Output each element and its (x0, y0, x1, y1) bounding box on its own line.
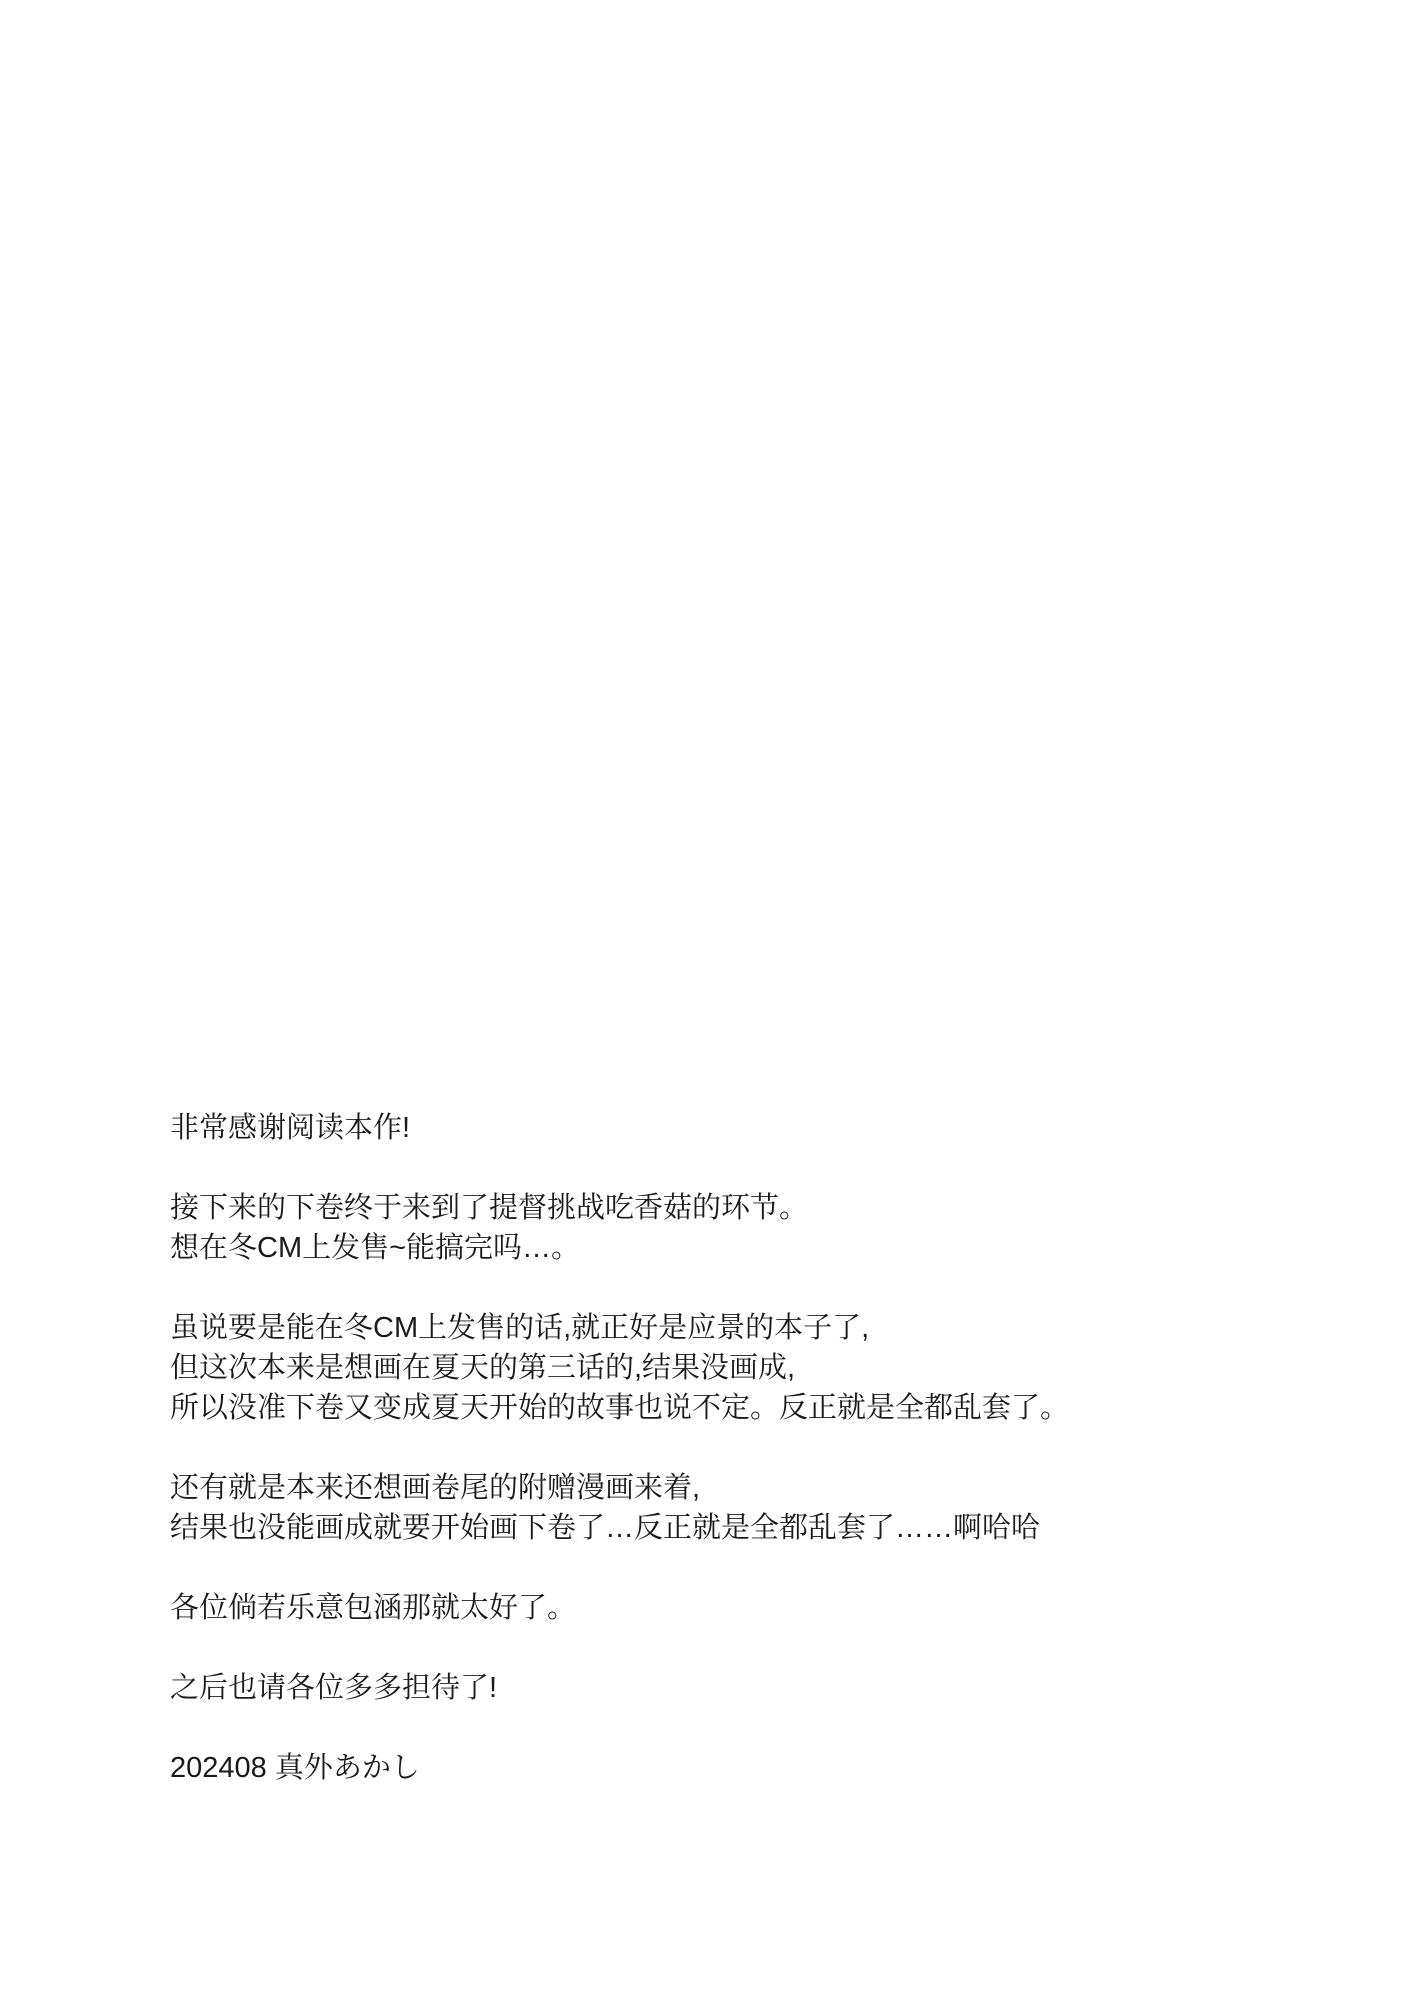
afterword-line: 虽说要是能在冬CM上发售的话,就正好是应景的本子了, (170, 1308, 1350, 1348)
paragraph-forgiveness: 各位倘若乐意包涵那就太好了。 (170, 1588, 1350, 1628)
afterword-line: 结果也没能画成就要开始画下卷了…反正就是全都乱套了……啊哈哈 (170, 1508, 1350, 1548)
paragraph-closing: 之后也请各位多多担待了! (170, 1668, 1350, 1708)
paragraph-winter-cm: 虽说要是能在冬CM上发售的话,就正好是应景的本子了, 但这次本来是想画在夏天的第… (170, 1308, 1350, 1428)
afterword-text-block: 非常感谢阅读本作! 接下来的下卷终于来到了提督挑战吃香菇的环节。 想在冬CM上发… (170, 1108, 1350, 1788)
afterword-line: 所以没准下卷又变成夏天开始的故事也说不定。反正就是全都乱套了。 (170, 1388, 1350, 1428)
afterword-line: 还有就是本来还想画卷尾的附赠漫画来着, (170, 1468, 1350, 1508)
afterword-line: 各位倘若乐意包涵那就太好了。 (170, 1588, 1350, 1628)
afterword-line: 想在冬CM上发售~能搞完吗…。 (170, 1228, 1350, 1268)
afterword-line: 之后也请各位多多担待了! (170, 1668, 1350, 1708)
afterword-line: 接下来的下卷终于来到了提督挑战吃香菇的环节。 (170, 1188, 1350, 1228)
paragraph-signature: 202408 真外あかし (170, 1748, 1350, 1788)
paragraph-bonus-manga: 还有就是本来还想画卷尾的附赠漫画来着, 结果也没能画成就要开始画下卷了…反正就是… (170, 1468, 1350, 1548)
afterword-line: 但这次本来是想画在夏天的第三话的,结果没画成, (170, 1348, 1350, 1388)
signature-line: 202408 真外あかし (170, 1748, 1350, 1788)
afterword-line: 非常感谢阅读本作! (170, 1108, 1350, 1148)
paragraph-next-volume: 接下来的下卷终于来到了提督挑战吃香菇的环节。 想在冬CM上发售~能搞完吗…。 (170, 1188, 1350, 1268)
paragraph-thanks: 非常感谢阅读本作! (170, 1108, 1350, 1148)
afterword-page: 非常感谢阅读本作! 接下来的下卷终于来到了提督挑战吃香菇的环节。 想在冬CM上发… (0, 0, 1417, 2000)
